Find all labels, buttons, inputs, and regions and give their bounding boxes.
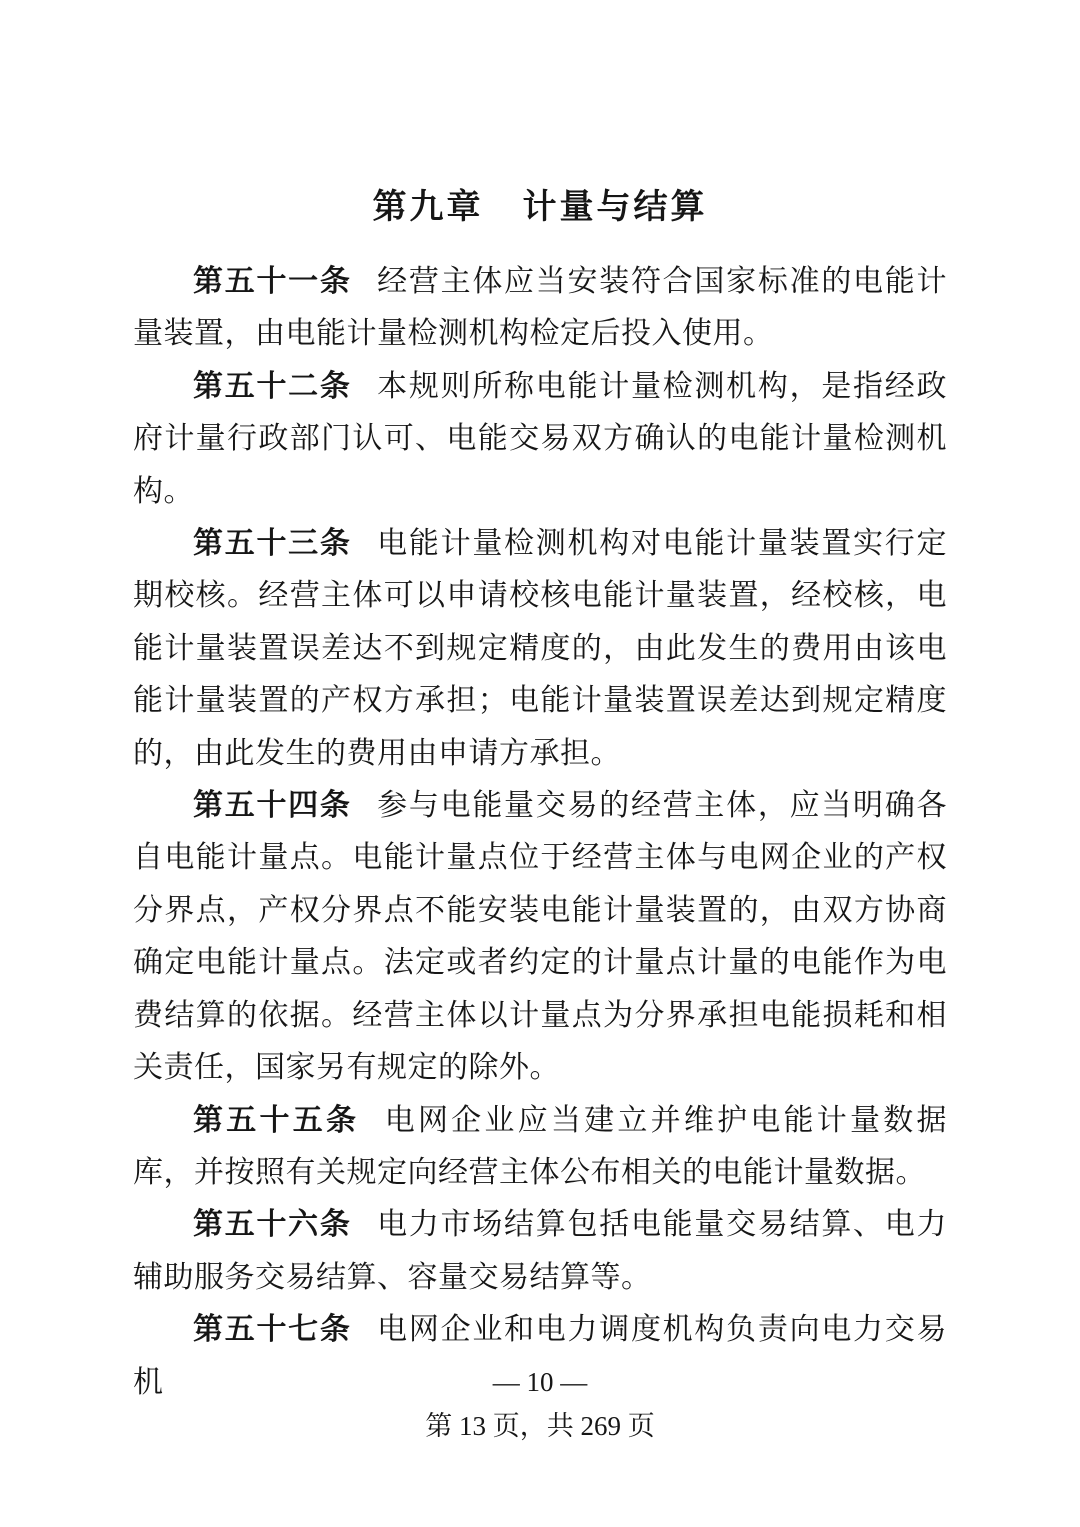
- article-paragraph-56: 第五十六条电力市场结算包括电能量交易结算、电力辅助服务交易结算、容量交易结算等。: [133, 1199, 947, 1304]
- article-text: 电能计量检测机构对电能计量装置实行定期校核。经营主体可以申请校核电能计量装置，经…: [133, 527, 947, 770]
- article-paragraph-55: 第五十五条电网企业应当建立并维护电能计量数据库，并按照有关规定向经营主体公布相关…: [133, 1095, 947, 1200]
- article-paragraph-51: 第五十一条经营主体应当安装符合国家标准的电能计量装置，由电能计量检测机构检定后投…: [133, 256, 947, 361]
- article-number: 第五十一条: [193, 265, 352, 298]
- article-paragraph-54: 第五十四条参与电能量交易的经营主体，应当明确各自电能计量点。电能计量点位于经营主…: [133, 780, 947, 1094]
- article-paragraph-52: 第五十二条本规则所称电能计量检测机构，是指经政府计量行政部门认可、电能交易双方确…: [133, 361, 947, 518]
- chapter-label: 第九章: [372, 188, 483, 226]
- document-page: 第九章计量与结算 第五十一条经营主体应当安装符合国家标准的电能计量装置，由电能计…: [0, 0, 1080, 1527]
- footer-page-number: — 10 —: [0, 1360, 1080, 1404]
- article-number: 第五十七条: [193, 1313, 352, 1346]
- article-number: 第五十四条: [193, 789, 352, 822]
- chapter-title-text: 计量与结算: [523, 188, 708, 226]
- chapter-heading: 第九章计量与结算: [133, 184, 947, 230]
- article-number: 第五十五条: [193, 1104, 359, 1137]
- footer-page-of-total: 第 13 页，共 269 页: [0, 1404, 1080, 1448]
- article-number: 第五十三条: [193, 527, 352, 560]
- article-number: 第五十二条: [193, 370, 352, 403]
- article-number: 第五十六条: [193, 1208, 352, 1241]
- document-content: 第九章计量与结算 第五十一条经营主体应当安装符合国家标准的电能计量装置，由电能计…: [133, 184, 947, 1409]
- article-paragraph-53: 第五十三条电能计量检测机构对电能计量装置实行定期校核。经营主体可以申请校核电能计…: [133, 518, 947, 780]
- page-footer: — 10 — 第 13 页，共 269 页: [0, 1360, 1080, 1448]
- article-text: 参与电能量交易的经营主体，应当明确各自电能计量点。电能计量点位于经营主体与电网企…: [133, 789, 947, 1084]
